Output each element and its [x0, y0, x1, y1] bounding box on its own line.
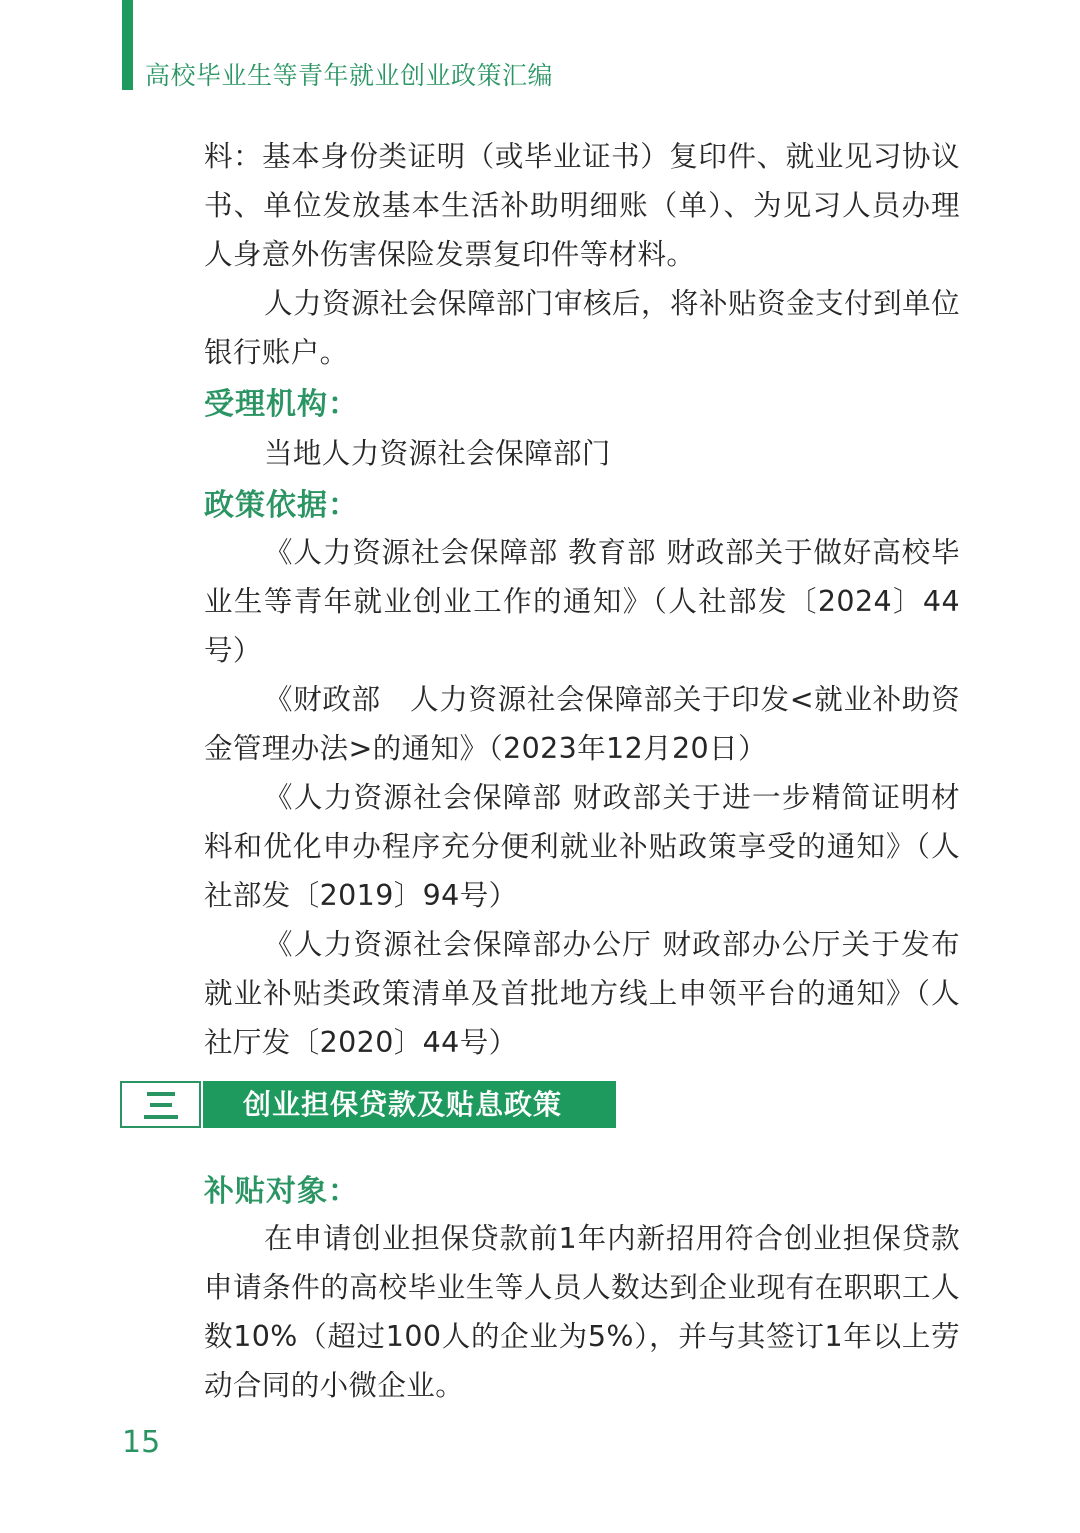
section-heading-subsidy-target: 补贴对象：	[204, 1172, 960, 1212]
subsidy-target-body: 在申请创业担保贷款前1年内新招用符合创业担保贷款申请条件的高校毕业生等人员人数达…	[204, 1214, 960, 1410]
section-number-glyph	[141, 1090, 181, 1120]
section-banner: 创业担保贷款及贴息政策	[120, 1081, 616, 1128]
continuation-paragraph: 人力资源社会保障部门审核后，将补贴资金支付到单位银行账户。	[204, 279, 960, 377]
policy-basis-item: 《财政部 人力资源社会保障部关于印发<就业补助资金管理办法>的通知》（2023年…	[204, 675, 960, 773]
running-header-title: 高校毕业生等青年就业创业政策汇编	[145, 58, 553, 94]
continuation-paragraph: 料：基本身份类证明（或毕业证书）复印件、就业见习协议书、单位发放基本生活补助明细…	[204, 132, 960, 279]
section-heading-agency: 受理机构：	[204, 385, 960, 425]
section-heading-basis: 政策依据：	[204, 486, 960, 526]
policy-basis-item: 《人力资源社会保障部 财政部关于进一步精简证明材料和优化申办程序充分便利就业补贴…	[204, 773, 960, 920]
policy-basis-item: 《人力资源社会保障部 教育部 财政部关于做好高校毕业生等青年就业创业工作的通知》…	[204, 528, 960, 675]
header-accent-bar	[122, 0, 133, 90]
page-number: 15	[122, 1425, 160, 1461]
policy-basis-item: 《人力资源社会保障部办公厅 财政部办公厅关于发布就业补贴类政策清单及首批地方线上…	[204, 920, 960, 1067]
page-content: 料：基本身份类证明（或毕业证书）复印件、就业见习协议书、单位发放基本生活补助明细…	[204, 132, 960, 1067]
agency-body: 当地人力资源社会保障部门	[204, 429, 960, 478]
subsidy-target-section: 补贴对象： 在申请创业担保贷款前1年内新招用符合创业担保贷款申请条件的高校毕业生…	[204, 1172, 960, 1410]
section-banner-title: 创业担保贷款及贴息政策	[203, 1081, 616, 1128]
section-number-box	[120, 1081, 201, 1128]
